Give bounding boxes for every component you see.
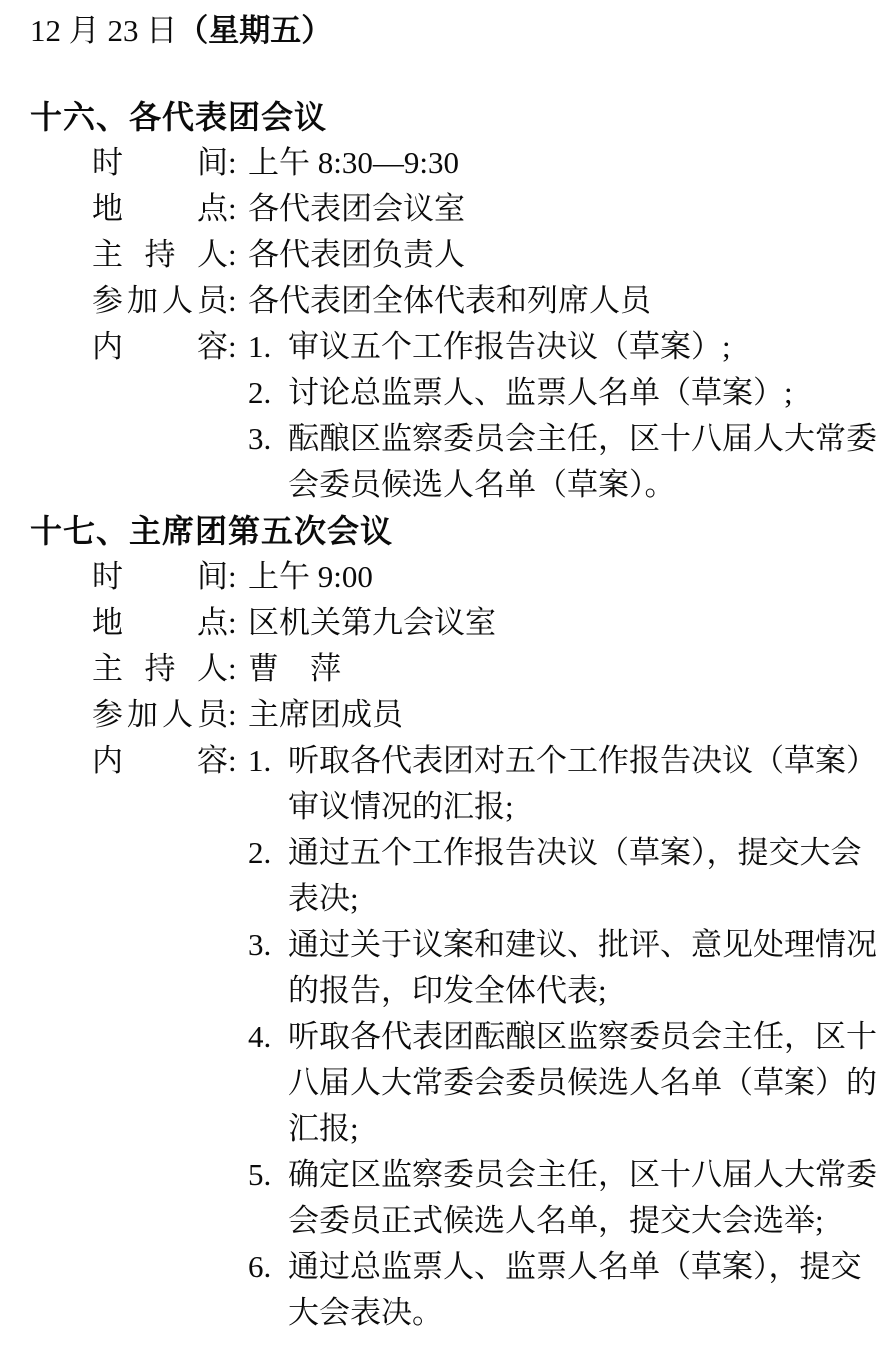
field-value: 曹 萍 bbox=[248, 646, 341, 692]
field-value: 区机关第九会议室 bbox=[248, 600, 496, 646]
field-colon: : bbox=[228, 140, 240, 186]
field-value: 各代表团负责人 bbox=[248, 232, 465, 278]
section-17: 十七、主席团第五次会议 时间:上午 9:00 地点:区机关第九会议室 主持人:曹… bbox=[30, 508, 886, 1336]
list-item: 3. 酝酿区监察委员会主任，区十八届人大常委会委员候选人名单（草案）。 bbox=[248, 416, 884, 508]
item-text: 听取各代表团酝酿区监察委员会主任，区十八届人大常委会委员候选人名单（草案）的汇报… bbox=[288, 1014, 880, 1152]
field-colon: : bbox=[228, 186, 240, 232]
field-row-host: 主持人:曹 萍 bbox=[30, 646, 886, 692]
list-item: 2. 通过五个工作报告决议（草案），提交大会表决; bbox=[248, 830, 884, 922]
document-page: 12 月 23 日（星期五） 十六、各代表团会议 时间:上午 8:30—9:30… bbox=[0, 0, 894, 1360]
list-item: 1. 听取各代表团对五个工作报告决议（草案）审议情况的汇报; bbox=[248, 738, 884, 830]
field-row-content: 内容: 1. 审议五个工作报告决议（草案）; 2. 讨论总监票人、监票人名单（草… bbox=[30, 324, 886, 508]
item-text: 审议五个工作报告决议（草案）; bbox=[288, 324, 880, 370]
item-number: 1. bbox=[248, 738, 288, 784]
date-weekday: （星期五） bbox=[177, 13, 332, 48]
field-row-place: 地点:各代表团会议室 bbox=[30, 186, 886, 232]
item-text: 通过五个工作报告决议（草案），提交大会表决; bbox=[288, 830, 880, 922]
field-label: 时间 bbox=[92, 140, 228, 186]
field-row-time: 时间:上午 9:00 bbox=[30, 554, 886, 600]
item-number: 1. bbox=[248, 324, 288, 370]
field-colon: : bbox=[228, 554, 240, 600]
field-label: 主持人 bbox=[92, 646, 228, 692]
field-row-host: 主持人:各代表团负责人 bbox=[30, 232, 886, 278]
content-list: 1. 审议五个工作报告决议（草案）; 2. 讨论总监票人、监票人名单（草案）; … bbox=[248, 324, 884, 508]
field-row-participants: 参加人员:各代表团全体代表和列席人员 bbox=[30, 278, 886, 324]
field-label: 参加人员 bbox=[92, 692, 228, 738]
item-number: 2. bbox=[248, 370, 288, 416]
field-label: 时间 bbox=[92, 554, 228, 600]
field-row-content: 内容: 1. 听取各代表团对五个工作报告决议（草案）审议情况的汇报; 2. 通过… bbox=[30, 738, 886, 1336]
item-number: 4. bbox=[248, 1014, 288, 1060]
field-colon: : bbox=[228, 600, 240, 646]
field-label: 地点 bbox=[92, 186, 228, 232]
list-item: 4. 听取各代表团酝酿区监察委员会主任，区十八届人大常委会委员候选人名单（草案）… bbox=[248, 1014, 884, 1152]
section-title: 十六、各代表团会议 bbox=[30, 94, 886, 140]
date-text: 12 月 23 日 bbox=[30, 13, 177, 48]
item-text: 听取各代表团对五个工作报告决议（草案）审议情况的汇报; bbox=[288, 738, 880, 830]
field-colon: : bbox=[228, 324, 240, 370]
item-number: 3. bbox=[248, 416, 288, 462]
item-text: 确定区监察委员会主任，区十八届人大常委会委员正式候选人名单，提交大会选举; bbox=[288, 1152, 880, 1244]
field-value: 各代表团全体代表和列席人员 bbox=[248, 278, 651, 324]
field-value: 上午 8:30—9:30 bbox=[248, 140, 459, 186]
list-item: 6. 通过总监票人、监票人名单（草案），提交大会表决。 bbox=[248, 1244, 884, 1336]
list-item: 3. 通过关于议案和建议、批评、意见处理情况的报告，印发全体代表; bbox=[248, 922, 884, 1014]
field-value: 各代表团会议室 bbox=[248, 186, 465, 232]
item-number: 5. bbox=[248, 1152, 288, 1198]
field-value: 上午 9:00 bbox=[248, 554, 373, 600]
item-number: 3. bbox=[248, 922, 288, 968]
field-label: 参加人员 bbox=[92, 278, 228, 324]
item-number: 2. bbox=[248, 830, 288, 876]
field-value: 主席团成员 bbox=[248, 692, 403, 738]
field-colon: : bbox=[228, 278, 240, 324]
field-colon: : bbox=[228, 738, 240, 784]
list-item: 2. 讨论总监票人、监票人名单（草案）; bbox=[248, 370, 884, 416]
section-title: 十七、主席团第五次会议 bbox=[30, 508, 886, 554]
item-text: 酝酿区监察委员会主任，区十八届人大常委会委员候选人名单（草案）。 bbox=[288, 416, 880, 508]
field-colon: : bbox=[228, 692, 240, 738]
field-row-place: 地点:区机关第九会议室 bbox=[30, 600, 886, 646]
item-text: 通过关于议案和建议、批评、意见处理情况的报告，印发全体代表; bbox=[288, 922, 880, 1014]
field-label: 地点 bbox=[92, 600, 228, 646]
item-text: 通过总监票人、监票人名单（草案），提交大会表决。 bbox=[288, 1244, 880, 1336]
section-16: 十六、各代表团会议 时间:上午 8:30—9:30 地点:各代表团会议室 主持人… bbox=[30, 94, 886, 508]
content-list: 1. 听取各代表团对五个工作报告决议（草案）审议情况的汇报; 2. 通过五个工作… bbox=[248, 738, 884, 1336]
field-label: 内容 bbox=[92, 738, 228, 784]
item-text: 讨论总监票人、监票人名单（草案）; bbox=[288, 370, 880, 416]
field-colon: : bbox=[228, 646, 240, 692]
field-row-time: 时间:上午 8:30—9:30 bbox=[30, 140, 886, 186]
list-item: 5. 确定区监察委员会主任，区十八届人大常委会委员正式候选人名单，提交大会选举; bbox=[248, 1152, 884, 1244]
field-label: 主持人 bbox=[92, 232, 228, 278]
field-label: 内容 bbox=[92, 324, 228, 370]
item-number: 6. bbox=[248, 1244, 288, 1290]
list-item: 1. 审议五个工作报告决议（草案）; bbox=[248, 324, 884, 370]
date-heading: 12 月 23 日（星期五） bbox=[30, 8, 886, 54]
field-row-participants: 参加人员:主席团成员 bbox=[30, 692, 886, 738]
field-colon: : bbox=[228, 232, 240, 278]
